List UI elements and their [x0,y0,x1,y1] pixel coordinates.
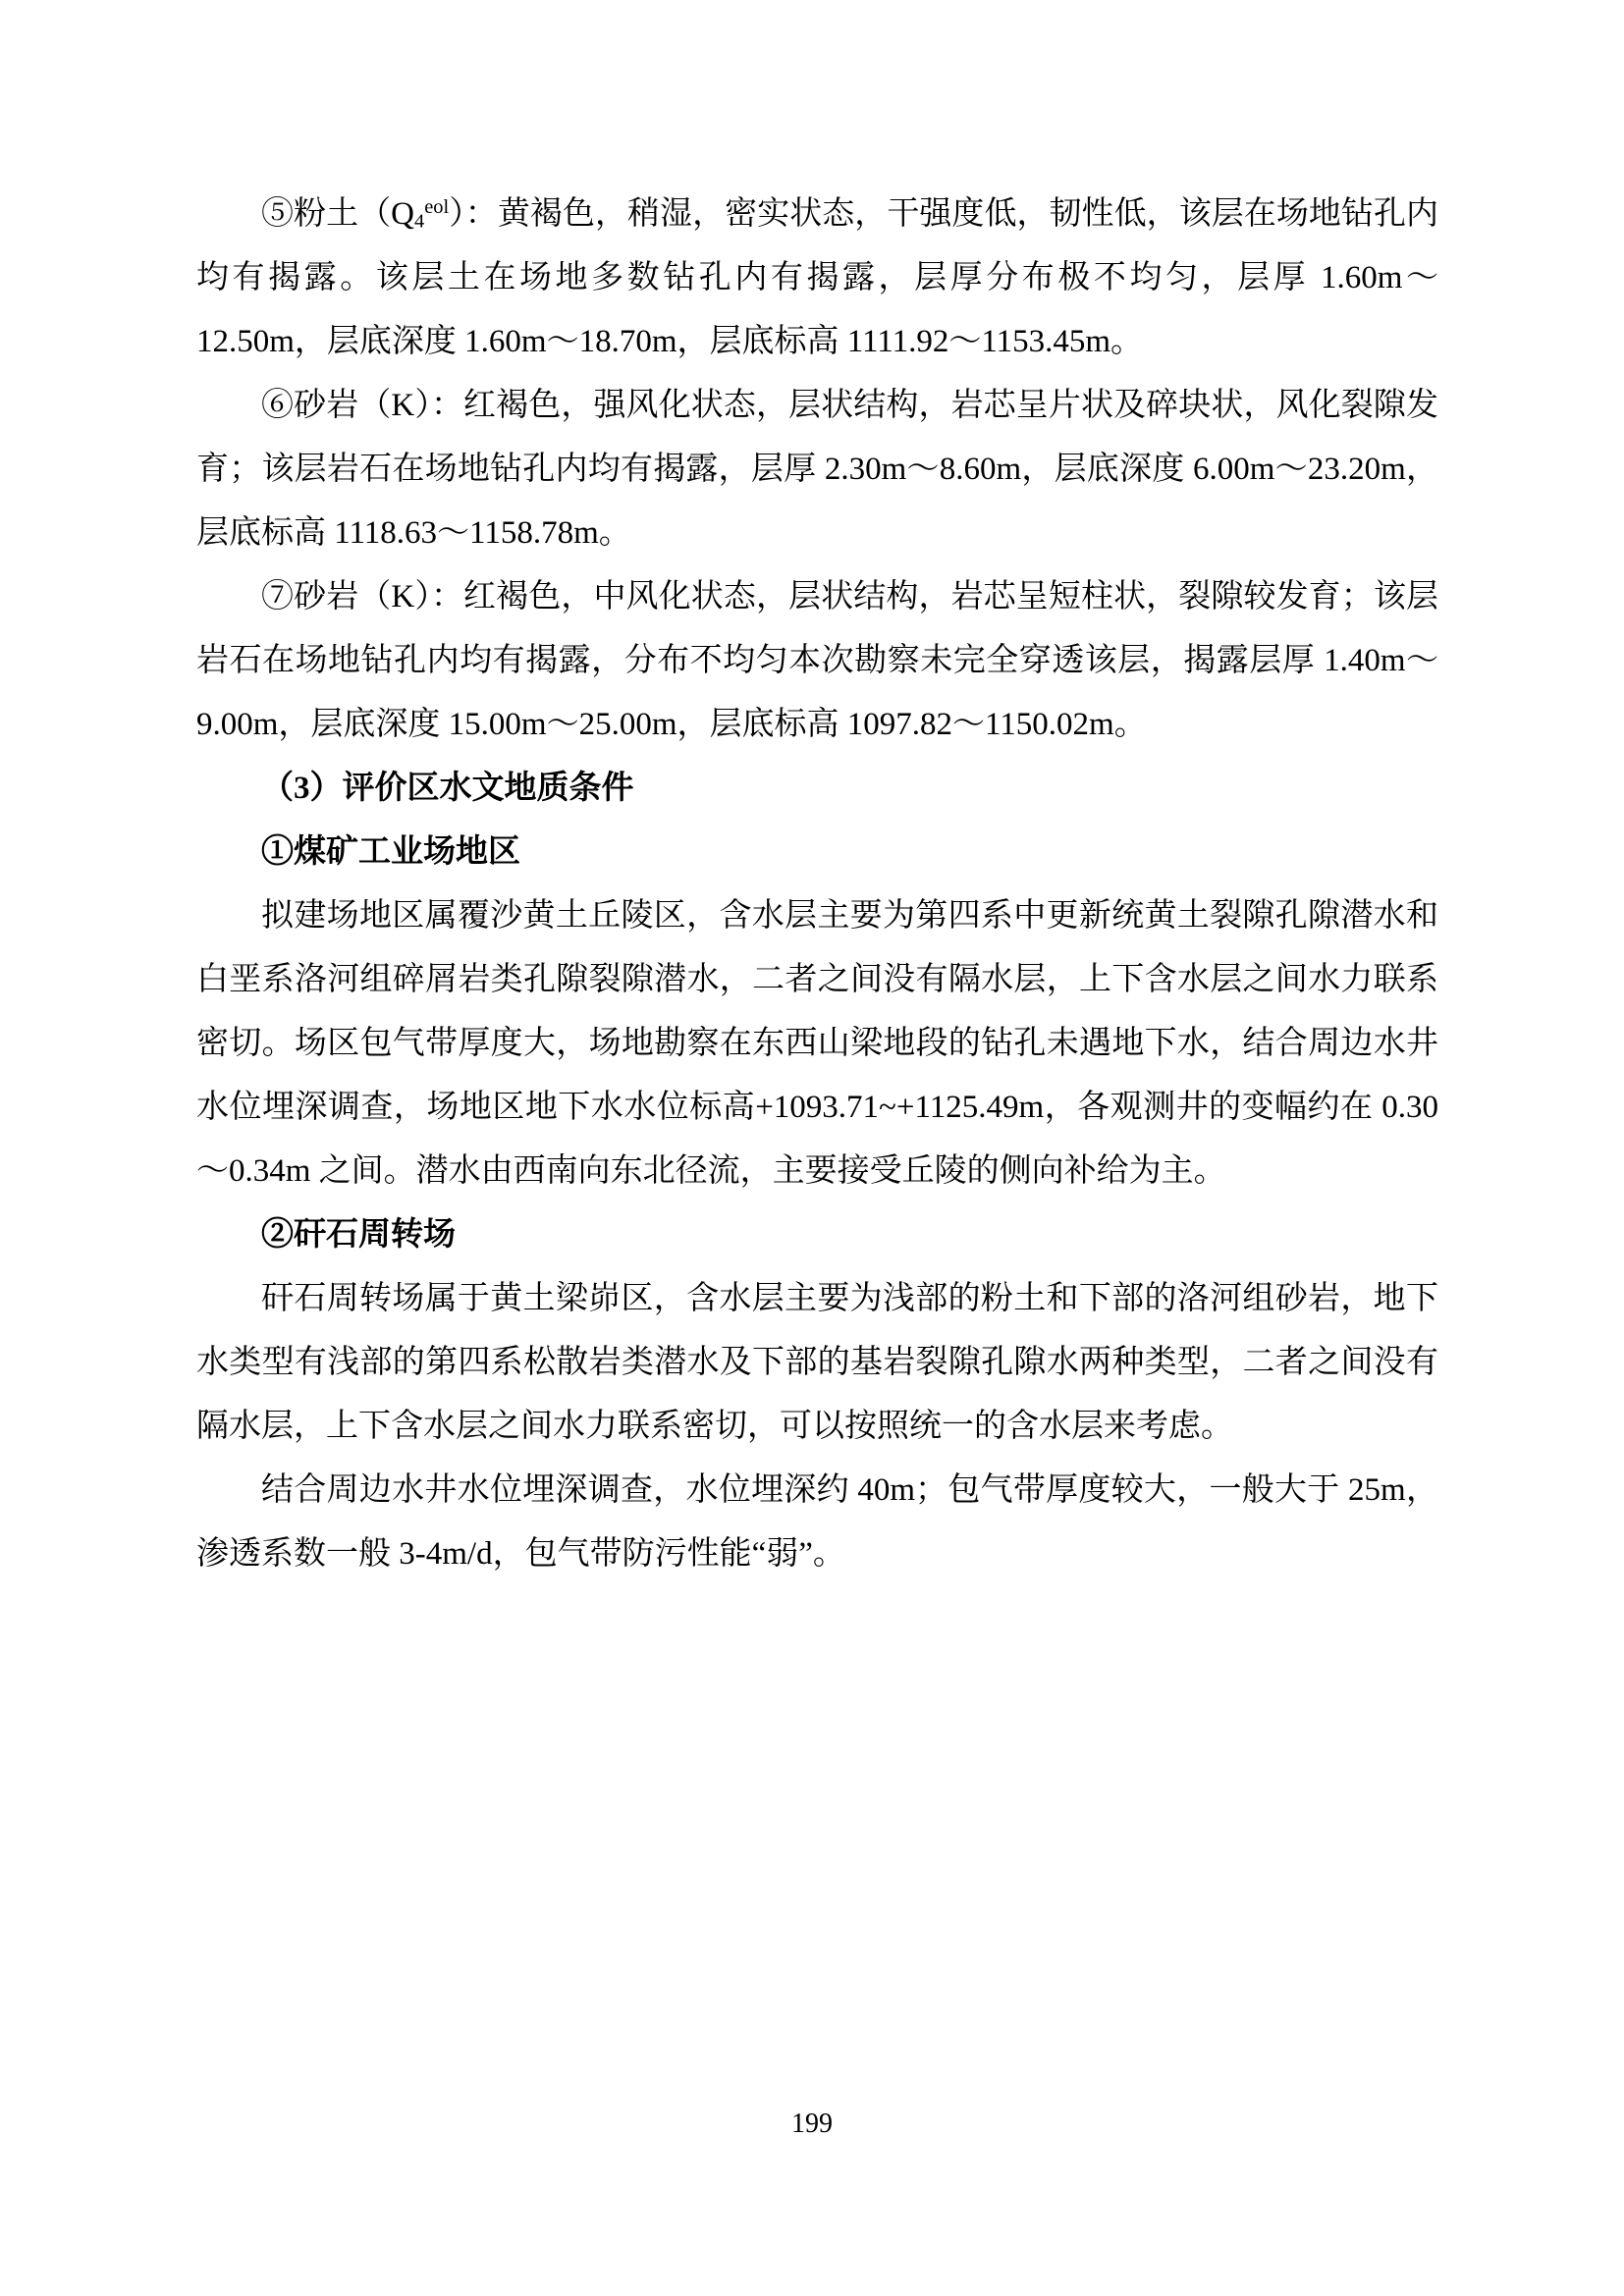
paragraph-silt-layer: ⑤粉土（Q4eol）：黄褐色，稍湿，密实状态，干强度低，韧性低，该层在场地钻孔内… [196,183,1438,374]
heading-coal-industrial-site: ①煤矿工业场地区 [196,821,1438,884]
paragraph-coal-industrial-site: 拟建场地区属覆沙黄土丘陵区，含水层主要为第四系中更新统黄土裂隙孔隙潜水和白垩系洛… [196,884,1438,1203]
paragraph-gangue-site-water-depth: 结合周边水井水位埋深调查，水位埋深约 40m；包气带厚度较大，一般大于 25m，… [196,1459,1438,1586]
page-body: ⑤粉土（Q4eol）：黄褐色，稍湿，密实状态，干强度低，韧性低，该层在场地钻孔内… [196,183,1438,1586]
document-page: ⑤粉土（Q4eol）：黄褐色，稍湿，密实状态，干强度低，韧性低，该层在场地钻孔内… [0,0,1624,2296]
stratum-subscript: 4 [414,211,424,233]
silt-layer-text-before: ⑤粉土（Q [261,196,414,232]
heading-gangue-transfer-site: ②矸石周转场 [196,1203,1438,1267]
heading-hydrogeology-conditions: （3）评价区水文地质条件 [196,757,1438,821]
stratum-superscript: eol [424,196,449,218]
paragraph-sandstone-strongly-weathered: ⑥砂岩（K）：红褐色，强风化状态，层状结构，岩芯呈片状及碎块状，风化裂隙发育；该… [196,374,1438,565]
page-number: 199 [0,2107,1624,2142]
paragraph-gangue-site-intro: 矸石周转场属于黄土梁峁区，含水层主要为浅部的粉土和下部的洛河组砂岩，地下水类型有… [196,1267,1438,1459]
paragraph-sandstone-moderately-weathered: ⑦砂岩（K）：红褐色，中风化状态，层状结构，岩芯呈短柱状，裂隙较发育；该层岩石在… [196,565,1438,757]
